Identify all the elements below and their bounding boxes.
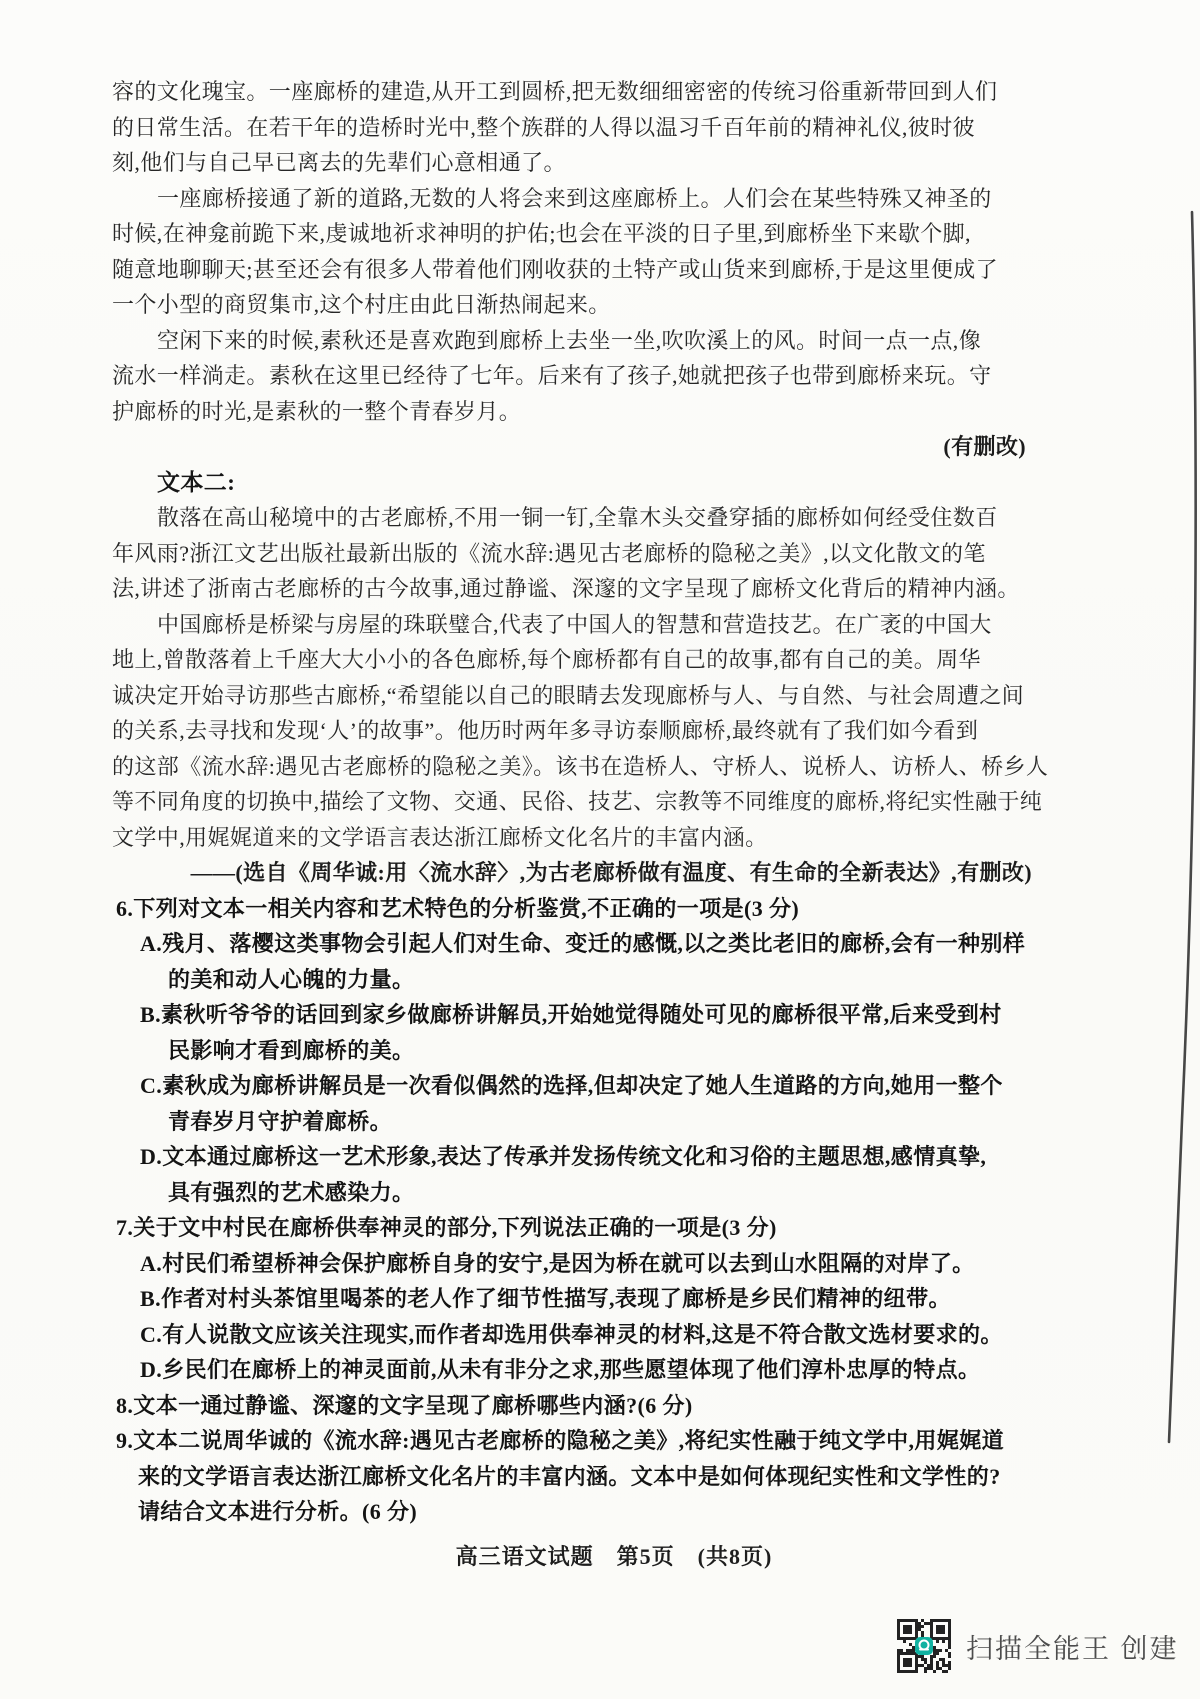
text-line-body: 的这部《流水辞:遇见古老廊桥的隐秘之美》。该书在造桥人、守桥人、说桥人、访桥人、… xyxy=(112,749,1036,785)
watermark-label: 扫描全能王 创建 xyxy=(966,1627,1179,1666)
text-line-para: 空闲下来的时候,素秋还是喜欢跑到廊桥上去坐一坐,吹吹溪上的风。时间一点一点,像 xyxy=(112,323,1036,359)
text-line-q: 6.下列对文本一相关内容和艺术特色的分析鉴赏,不正确的一项是(3 分) xyxy=(116,891,1036,927)
text-line-q: 9.文本二说周华诚的《流水辞:遇见古老廊桥的隐秘之美》,将纪实性融于纯文学中,用… xyxy=(116,1423,1036,1459)
text-line-opt: C.素秋成为廊桥讲解员是一次看似偶然的选择,但却决定了她人生道路的方向,她用一整… xyxy=(140,1068,1036,1104)
text-line-opt: A.残月、落樱这类事物会引起人们对生命、变迁的感慨,以之类比老旧的廊桥,会有一种… xyxy=(140,926,1036,962)
text-line-opt: C.有人说散文应该关注现实,而作者却选用供奉神灵的材料,这是不符合散文选材要求的… xyxy=(140,1317,1036,1353)
page-footer: 高三语文试题 第5页 (共8页) xyxy=(0,1540,1200,1571)
text-line-attr: ——(选自《周华诚:用〈流水辞〉,为古老廊桥做有温度、有生命的全新表达》,有删改… xyxy=(112,855,1036,891)
camscanner-watermark: 扫描全能王 创建 xyxy=(896,1618,1179,1674)
text-line-opt: B.素秋听爷爷的话回到家乡做廊桥讲解员,开始她觉得随处可见的廊桥很平常,后来受到… xyxy=(140,997,1036,1033)
text-line-optc: 民影响才看到廊桥的美。 xyxy=(168,1033,1036,1069)
text-line-body: 的日常生活。在若干年的造桥时光中,整个族群的人得以温习千百年前的精神礼仪,彼时彼 xyxy=(112,110,1036,146)
text-line-q: 7.关于文中村民在廊桥供奉神灵的部分,下列说法正确的一项是(3 分) xyxy=(116,1210,1036,1246)
text-line-qc: 来的文学语言表达浙江廊桥文化名片的丰富内涵。文本中是如何体现纪实性和文学性的? xyxy=(138,1459,1036,1495)
text-line-opt: D.乡民们在廊桥上的神灵面前,从未有非分之求,那些愿望体现了他们淳朴忠厚的特点。 xyxy=(140,1352,1036,1388)
text-line-body: 诚决定开始寻访那些古廊桥,“希望能以自己的眼睛去发现廊桥与人、与自然、与社会周遭… xyxy=(112,678,1036,714)
text-line-body: 时候,在神龛前跪下来,虔诚地祈求神明的护佑;也会在平淡的日子里,到廊桥坐下来歇个… xyxy=(112,216,1036,252)
text-line-opt: B.作者对村头茶馆里喝茶的老人作了细节性描写,表现了廊桥是乡民们精神的纽带。 xyxy=(140,1281,1036,1317)
text-line-body: 随意地聊聊天;甚至还会有很多人带着他们刚收获的土特产或山货来到廊桥,于是这里便成… xyxy=(112,252,1036,288)
text-line-body: 文学中,用娓娓道来的文学语言表达浙江廊桥文化名片的丰富内涵。 xyxy=(112,820,1036,856)
text-line-opt: D.文本通过廊桥这一艺术形象,表达了传承并发扬传统文化和习俗的主题思想,感情真挚… xyxy=(140,1139,1036,1175)
text-line-optc: 具有强烈的艺术感染力。 xyxy=(168,1175,1036,1211)
qr-code-icon xyxy=(896,1618,952,1674)
text-line-body: 法,讲述了浙南古老廊桥的古今故事,通过静谧、深邃的文字呈现了廊桥文化背后的精神内… xyxy=(112,571,1036,607)
text-line-optc: 的美和动人心魄的力量。 xyxy=(168,962,1036,998)
text-line-para: 一座廊桥接通了新的道路,无数的人将会来到这座廊桥上。人们会在某些特殊又神圣的 xyxy=(112,181,1036,217)
text-line-h: 文本二: xyxy=(112,465,1036,501)
text-line-para: 中国廊桥是桥梁与房屋的珠联璧合,代表了中国人的智慧和营造技艺。在广袤的中国大 xyxy=(112,607,1036,643)
exam-page: 容的文化瑰宝。一座廊桥的建造,从开工到圆桥,把无数细细密密的传统习俗重新带回到人… xyxy=(0,0,1200,1699)
text-line-q: 8.文本一通过静谧、深邃的文字呈现了廊桥哪些内涵?(6 分) xyxy=(116,1388,1036,1424)
text-line-body: 护廊桥的时光,是素秋的一整个青春岁月。 xyxy=(112,394,1036,430)
text-line-body: 的关系,去寻找和发现‘人’的故事”。他历时两年多寻访泰顺廊桥,最终就有了我们如今… xyxy=(112,713,1036,749)
text-line-body: 等不同角度的切换中,描绘了文物、交通、民俗、技艺、宗教等不同维度的廊桥,将纪实性… xyxy=(112,784,1036,820)
text-line-opt: A.村民们希望桥神会保护廊桥自身的安宁,是因为桥在就可以去到山水阻隔的对岸了。 xyxy=(140,1246,1036,1282)
text-line-body: 流水一样淌走。素秋在这里已经待了七年。后来有了孩子,她就把孩子也带到廊桥来玩。守 xyxy=(112,358,1036,394)
text-line-body: 一个小型的商贸集市,这个村庄由此日渐热闹起来。 xyxy=(112,287,1036,323)
exam-text-block: 容的文化瑰宝。一座廊桥的建造,从开工到圆桥,把无数细细密密的传统习俗重新带回到人… xyxy=(112,74,1036,1530)
text-line-body: 容的文化瑰宝。一座廊桥的建造,从开工到圆桥,把无数细细密密的传统习俗重新带回到人… xyxy=(112,74,1036,110)
text-line-para: 散落在高山秘境中的古老廊桥,不用一铜一钉,全靠木头交叠穿插的廊桥如何经受住数百 xyxy=(112,500,1036,536)
text-line-qc: 请结合文本进行分析。(6 分) xyxy=(138,1494,1036,1530)
text-line-body: 刻,他们与自己早已离去的先辈们心意相通了。 xyxy=(112,145,1036,181)
text-line-body: 地上,曾散落着上千座大大小小的各色廊桥,每个廊桥都有自己的故事,都有自己的美。周… xyxy=(112,642,1036,678)
text-line-optc: 青春岁月守护着廊桥。 xyxy=(168,1104,1036,1140)
text-line-body: 年风雨?浙江文艺出版社最新出版的《流水辞:遇见古老廊桥的隐秘之美》,以文化散文的… xyxy=(112,536,1036,572)
text-line-right: (有删改) xyxy=(112,429,1036,465)
